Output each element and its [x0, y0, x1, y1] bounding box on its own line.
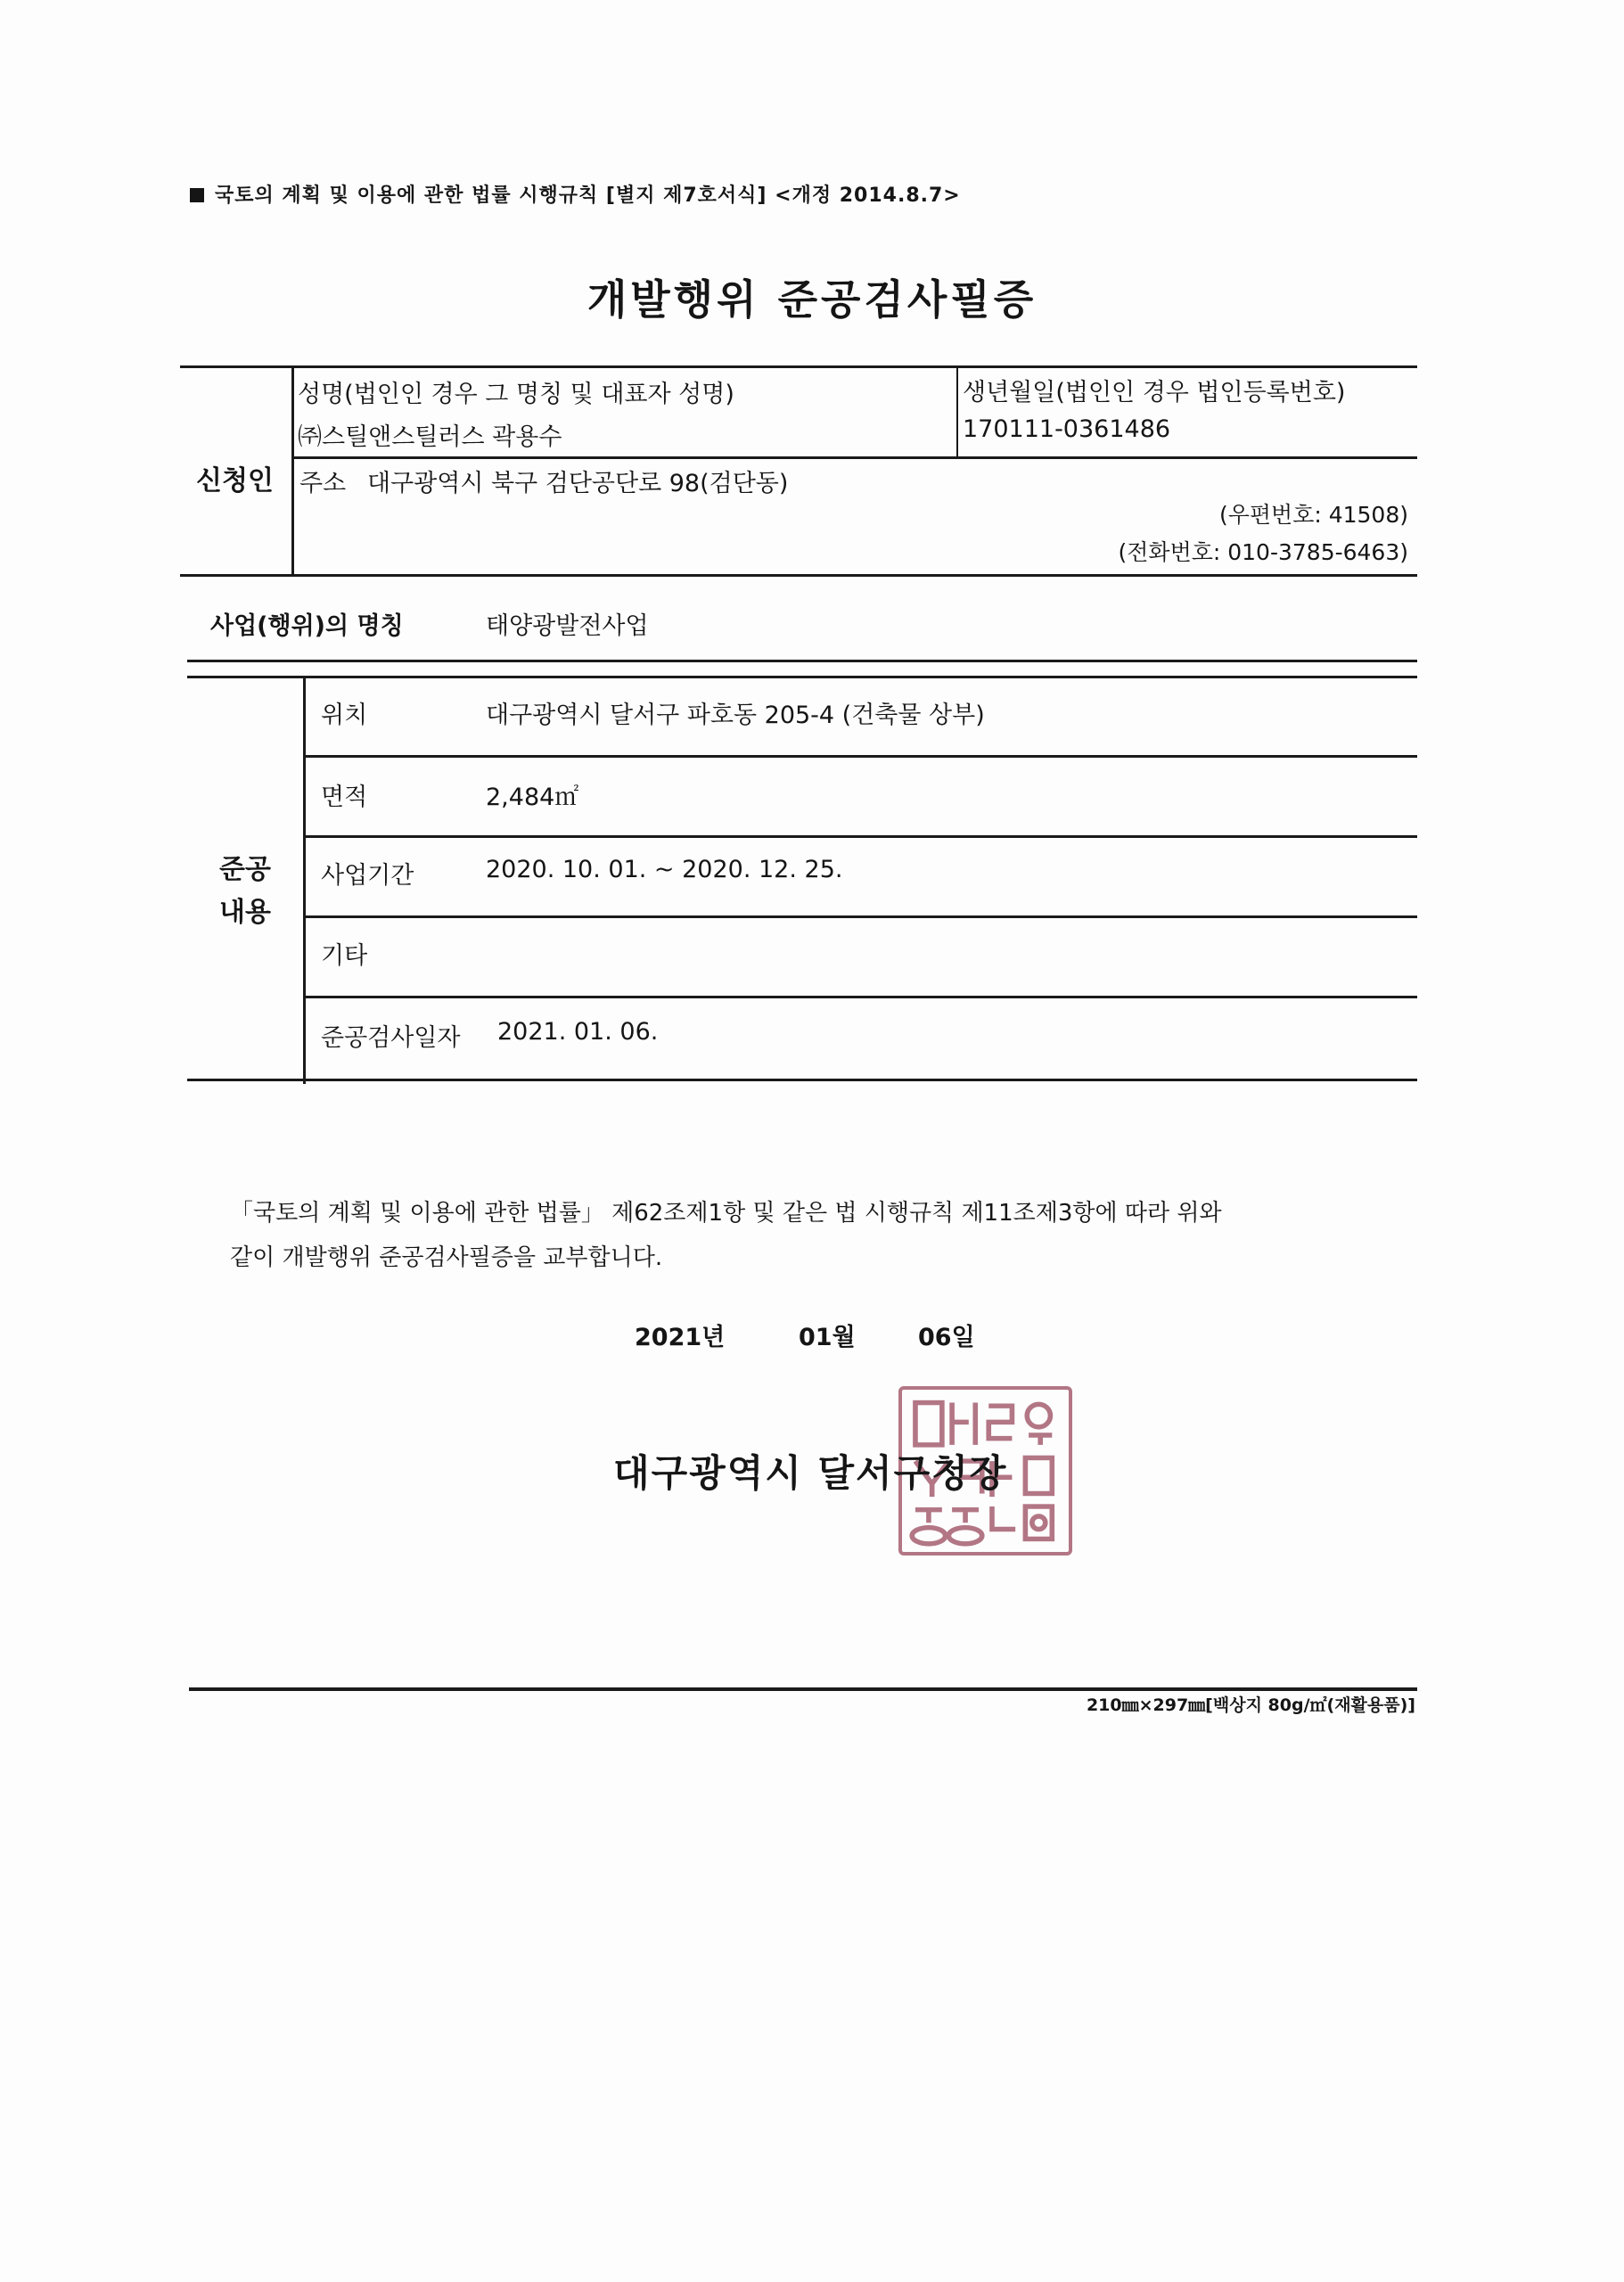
issue-year: 2021년	[635, 1317, 725, 1352]
row-value-period: 2020. 10. 01. ~ 2020. 12. 25.	[486, 856, 842, 883]
postal-code: (우편번호: 41508)	[1219, 497, 1408, 529]
row-border-4	[303, 996, 1417, 998]
business-name-label: 사업(행위)의 명칭	[210, 606, 404, 641]
issuer-name: 대구광역시 달서구청장	[613, 1444, 1007, 1498]
applicant-bottom-border	[180, 574, 1417, 577]
phone-number: (전화번호: 010-3785-6463)	[1119, 535, 1408, 567]
birth-value: 170111-0361486	[963, 415, 1170, 443]
form-reference: 국토의 계획 및 이용에 관한 법률 시행규칙 [별지 제7호서식] <개정 2…	[190, 180, 961, 208]
address-label: 주소	[299, 464, 346, 498]
square-bullet-icon	[190, 188, 204, 202]
row-label-area: 면적	[321, 777, 367, 812]
completion-top-border-1	[187, 660, 1417, 662]
applicant-section-label: 신청인	[196, 458, 274, 497]
birth-label: 생년월일(법인인 경우 법인등록번호)	[963, 373, 1345, 407]
statement-line-1: 「국토의 계획 및 이용에 관한 법률」 제62조제1항 및 같은 법 시행규칙…	[230, 1194, 1222, 1227]
name-value: ㈜스틸앤스틸러스 곽용수	[298, 417, 562, 452]
completion-section-label-1: 준공	[219, 847, 271, 886]
paper-spec: 210㎜×297㎜[백상지 80g/㎡(재활용품)]	[1087, 1692, 1415, 1716]
row-value-inspection-date: 2021. 01. 06.	[497, 1018, 658, 1046]
address-value: 대구광역시 북구 검단공단로 98(검단동)	[367, 464, 788, 498]
completion-divider	[303, 677, 306, 1084]
row-border-3	[303, 915, 1417, 918]
row-label-period: 사업기간	[321, 856, 414, 891]
name-row-border	[291, 456, 1417, 459]
completion-top-border-2	[187, 676, 1417, 678]
row-label-location: 위치	[321, 695, 367, 730]
row-border-1	[303, 755, 1417, 758]
row-value-location: 대구광역시 달서구 파호동 205-4 (건축물 상부)	[486, 695, 985, 730]
document-title: 개발행위 준공검사필증	[0, 267, 1624, 326]
business-name-value: 태양광발전사업	[486, 606, 649, 641]
name-birth-divider	[956, 367, 958, 456]
completion-bottom-border	[187, 1079, 1417, 1081]
footer-rule	[189, 1687, 1417, 1691]
completion-section-label-2: 내용	[219, 890, 271, 929]
row-border-2	[303, 835, 1417, 838]
issue-day: 06일	[918, 1317, 975, 1352]
name-label: 성명(법인인 경우 그 명칭 및 대표자 성명)	[298, 374, 734, 409]
form-reference-text: 국토의 계획 및 이용에 관한 법률 시행규칙 [별지 제7호서식] <개정 2…	[215, 185, 961, 207]
row-label-inspection-date: 준공검사일자	[321, 1018, 461, 1053]
applicant-divider	[291, 367, 294, 574]
row-value-area: 2,484㎡	[486, 777, 578, 812]
statement-line-2: 같이 개발행위 준공검사필증을 교부합니다.	[230, 1239, 662, 1272]
row-label-other: 기타	[321, 936, 367, 971]
issue-month: 01월	[799, 1317, 856, 1352]
table-top-border	[180, 365, 1417, 368]
